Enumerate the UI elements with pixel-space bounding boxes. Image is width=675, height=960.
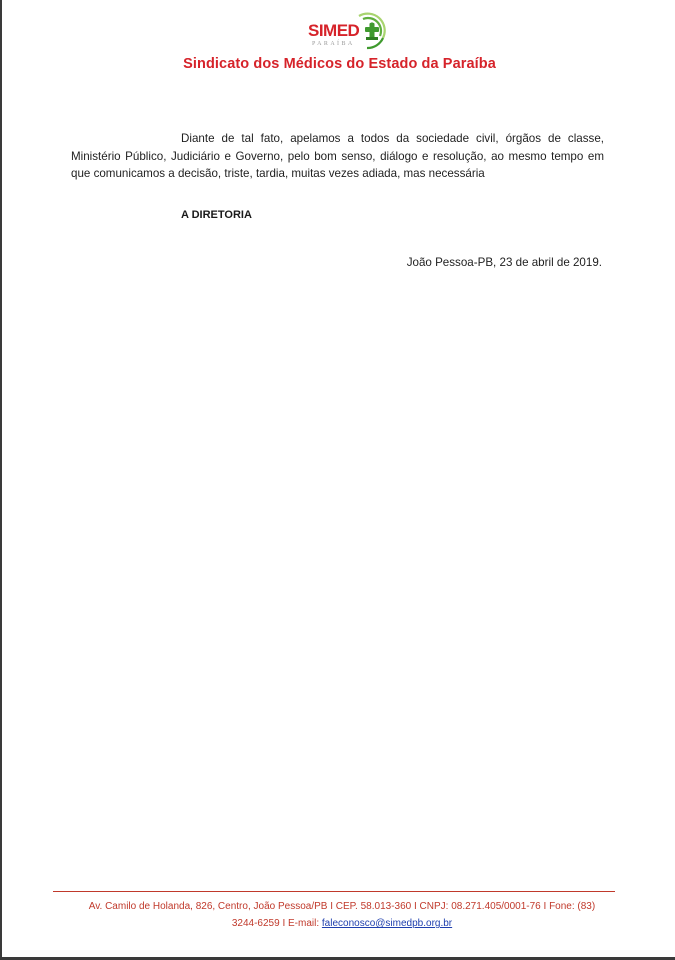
body-paragraph: Diante de tal fato, apelamos a todos da … [71, 130, 604, 183]
footer-contact-line: 3244-6259 I E-mail: faleconosco@simedpb.… [42, 915, 642, 932]
medical-cross-figure-icon [353, 12, 387, 52]
footer-divider [53, 891, 615, 892]
footer-contact: Av. Camilo de Holanda, 826, Centro, João… [42, 898, 642, 932]
logo-wordmark: SIMED [308, 22, 359, 39]
signature-line: A DIRETORIA [181, 209, 252, 221]
footer-address: Av. Camilo de Holanda, 826, Centro, João… [42, 898, 642, 915]
document-page: SIMED PARAÍBA Sindicato dos Médicos do E… [0, 0, 675, 960]
footer-phone: 3244-6259 I E-mail: [232, 918, 322, 929]
place-and-date: João Pessoa-PB, 23 de abril de 2019. [407, 256, 602, 269]
logo-subtitle: PARAÍBA [312, 41, 355, 47]
simed-logo: SIMED PARAÍBA [305, 12, 387, 52]
organization-title: Sindicato dos Médicos do Estado da Paraí… [2, 56, 675, 72]
footer-email-link[interactable]: faleconosco@simedpb.org.br [322, 918, 452, 929]
